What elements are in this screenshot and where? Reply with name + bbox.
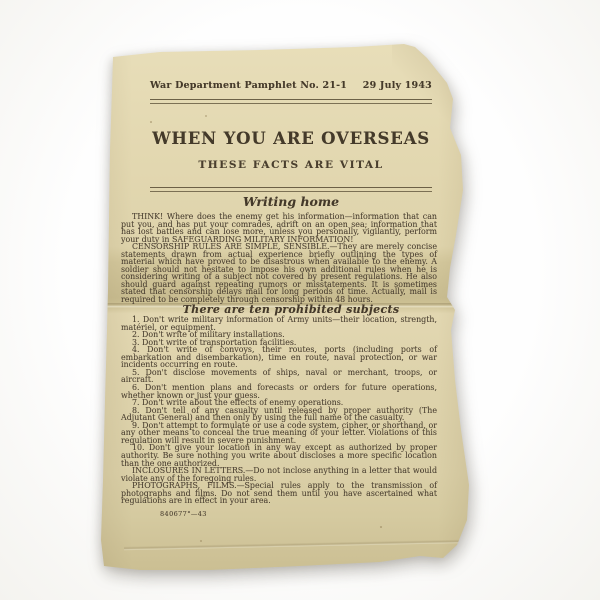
prohibited-item-8: 8. Don't tell of any casualty until rele… [121,407,437,422]
photo-stage: War Department Pamphlet No. 21-1 29 July… [0,0,600,600]
header-right-date: 29 July 1943 [363,80,432,91]
paper-speck [200,540,202,542]
inclosures-paragraph: INCLOSURES IN LETTERS.—Do not inclose an… [121,467,437,482]
prohibited-item-9: 9. Don't attempt to formulate or use a c… [121,422,437,445]
page-subtitle: THESE FACTS ARE VITAL [150,159,432,171]
paper-speck [150,121,152,123]
think-paragraph: THINK! Where does the enemy get his info… [121,213,437,243]
fold-crease-bottom [124,539,460,550]
writing-home-heading: Writing home [150,194,432,209]
prohibited-item-4: 4. Don't write of convoys, their routes,… [121,346,437,369]
double-rule-top [150,99,432,104]
pamphlet-paper: War Department Pamphlet No. 21-1 29 July… [98,42,476,580]
dog-ear-corner [392,42,470,142]
paper-shadow: War Department Pamphlet No. 21-1 29 July… [98,42,476,580]
body-text: THINK! Where does the enemy get his info… [121,213,437,518]
prohibited-item-5: 5. Don't disclose movements of ships, na… [121,369,437,384]
photographs-paragraph: PHOTOGRAPHS, FILMS.—Special rules apply … [121,482,437,505]
masthead: War Department Pamphlet No. 21-1 29 July… [150,80,432,91]
paper-speck [380,526,382,528]
print-code: 840677°—43 [160,511,437,519]
censorship-paragraph: CENSORSHIP RULES ARE SIMPLE, SENSIBLE.—T… [121,243,437,303]
paper-speck [205,115,207,117]
prohibited-subjects-heading: There are ten prohibited subjects [145,306,437,314]
prohibited-item-10: 10. Don't give your location in any way … [121,444,437,467]
prohibited-item-6: 6. Don't mention plans and forecasts or … [121,384,437,399]
page-title: WHEN YOU ARE OVERSEAS [150,129,432,148]
prohibited-item-1: 1. Don't write military information of A… [121,316,437,331]
header-left-label: War Department Pamphlet No. 21-1 [150,80,347,91]
double-rule-mid [150,187,432,192]
